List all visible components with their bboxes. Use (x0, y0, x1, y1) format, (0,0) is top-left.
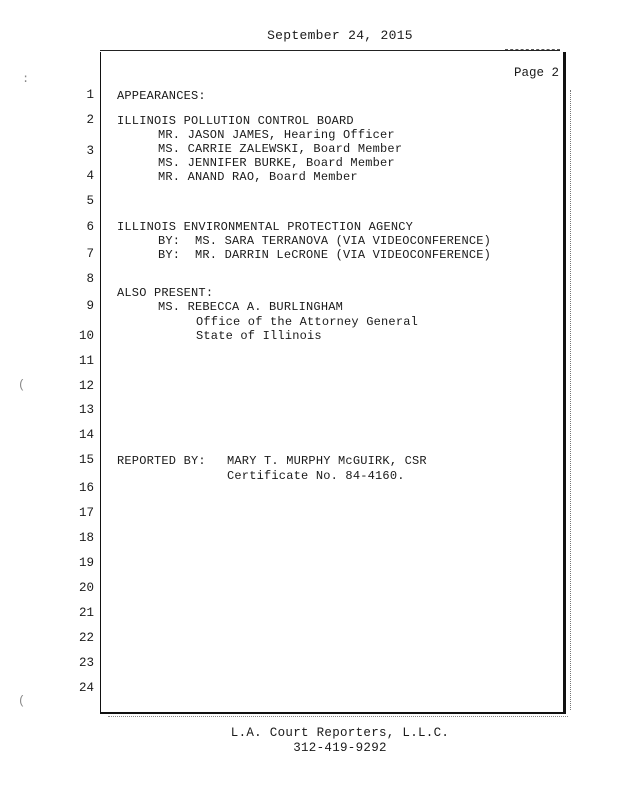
line-number: 16 (72, 481, 94, 495)
line-number: 23 (72, 656, 94, 670)
line-number: 3 (72, 144, 94, 158)
line-number: 12 (72, 379, 94, 393)
agency-rep: BY: MR. DARRIN LeCRONE (VIA VIDEOCONFERE… (158, 248, 491, 262)
agency-name: ILLINOIS ENVIRONMENTAL PROTECTION AGENCY (117, 220, 413, 234)
footer-phone: 312-419-9292 (0, 741, 618, 755)
also-present-heading: ALSO PRESENT: (117, 286, 213, 300)
line-number: 17 (72, 506, 94, 520)
line-number: 10 (72, 329, 94, 343)
line-number: 21 (72, 606, 94, 620)
line-number: 22 (72, 631, 94, 645)
page-number: Page 2 (514, 66, 559, 80)
line-number: 20 (72, 581, 94, 595)
header-rule-dashes (505, 49, 560, 51)
header-date: September 24, 2015 (0, 28, 618, 43)
header-rule (100, 50, 560, 51)
scan-speck: ( (18, 694, 25, 708)
line-number: 19 (72, 556, 94, 570)
line-number: 18 (72, 531, 94, 545)
line-number: 5 (72, 194, 94, 208)
appearances-heading: APPEARANCES: (117, 89, 206, 103)
board-name: ILLINOIS POLLUTION CONTROL BOARD (117, 114, 354, 128)
board-member: MR. ANAND RAO, Board Member (158, 170, 358, 184)
right-margin-dots (570, 90, 573, 710)
board-member: MS. CARRIE ZALEWSKI, Board Member (158, 142, 402, 156)
line-number: 4 (72, 169, 94, 183)
reported-by-label: REPORTED BY: (117, 454, 206, 468)
board-member: MS. JENNIFER BURKE, Board Member (158, 156, 395, 170)
agency-rep: BY: MS. SARA TERRANOVA (VIA VIDEOCONFERE… (158, 234, 491, 248)
line-number: 13 (72, 403, 94, 417)
also-present-name: MS. REBECCA A. BURLINGHAM (158, 300, 343, 314)
footer-company: L.A. Court Reporters, L.L.C. (0, 726, 618, 740)
line-number: 24 (72, 681, 94, 695)
scan-speck: : (22, 72, 29, 86)
also-present-office: Office of the Attorney General (196, 315, 418, 329)
line-number: 14 (72, 428, 94, 442)
line-number: 7 (72, 247, 94, 261)
line-number: 6 (72, 220, 94, 234)
reporter-name: MARY T. MURPHY McGUIRK, CSR (227, 454, 427, 468)
reporter-certificate: Certificate No. 84-4160. (227, 469, 405, 483)
line-number: 9 (72, 299, 94, 313)
scan-speck: ( (18, 378, 25, 392)
board-member: MR. JASON JAMES, Hearing Officer (158, 128, 395, 142)
line-number: 1 (72, 88, 94, 102)
line-number: 11 (72, 354, 94, 368)
bottom-margin-dots (108, 716, 568, 718)
line-number: 15 (72, 453, 94, 467)
also-present-state: State of Illinois (196, 329, 322, 343)
line-number: 2 (72, 113, 94, 127)
line-number: 8 (72, 272, 94, 286)
